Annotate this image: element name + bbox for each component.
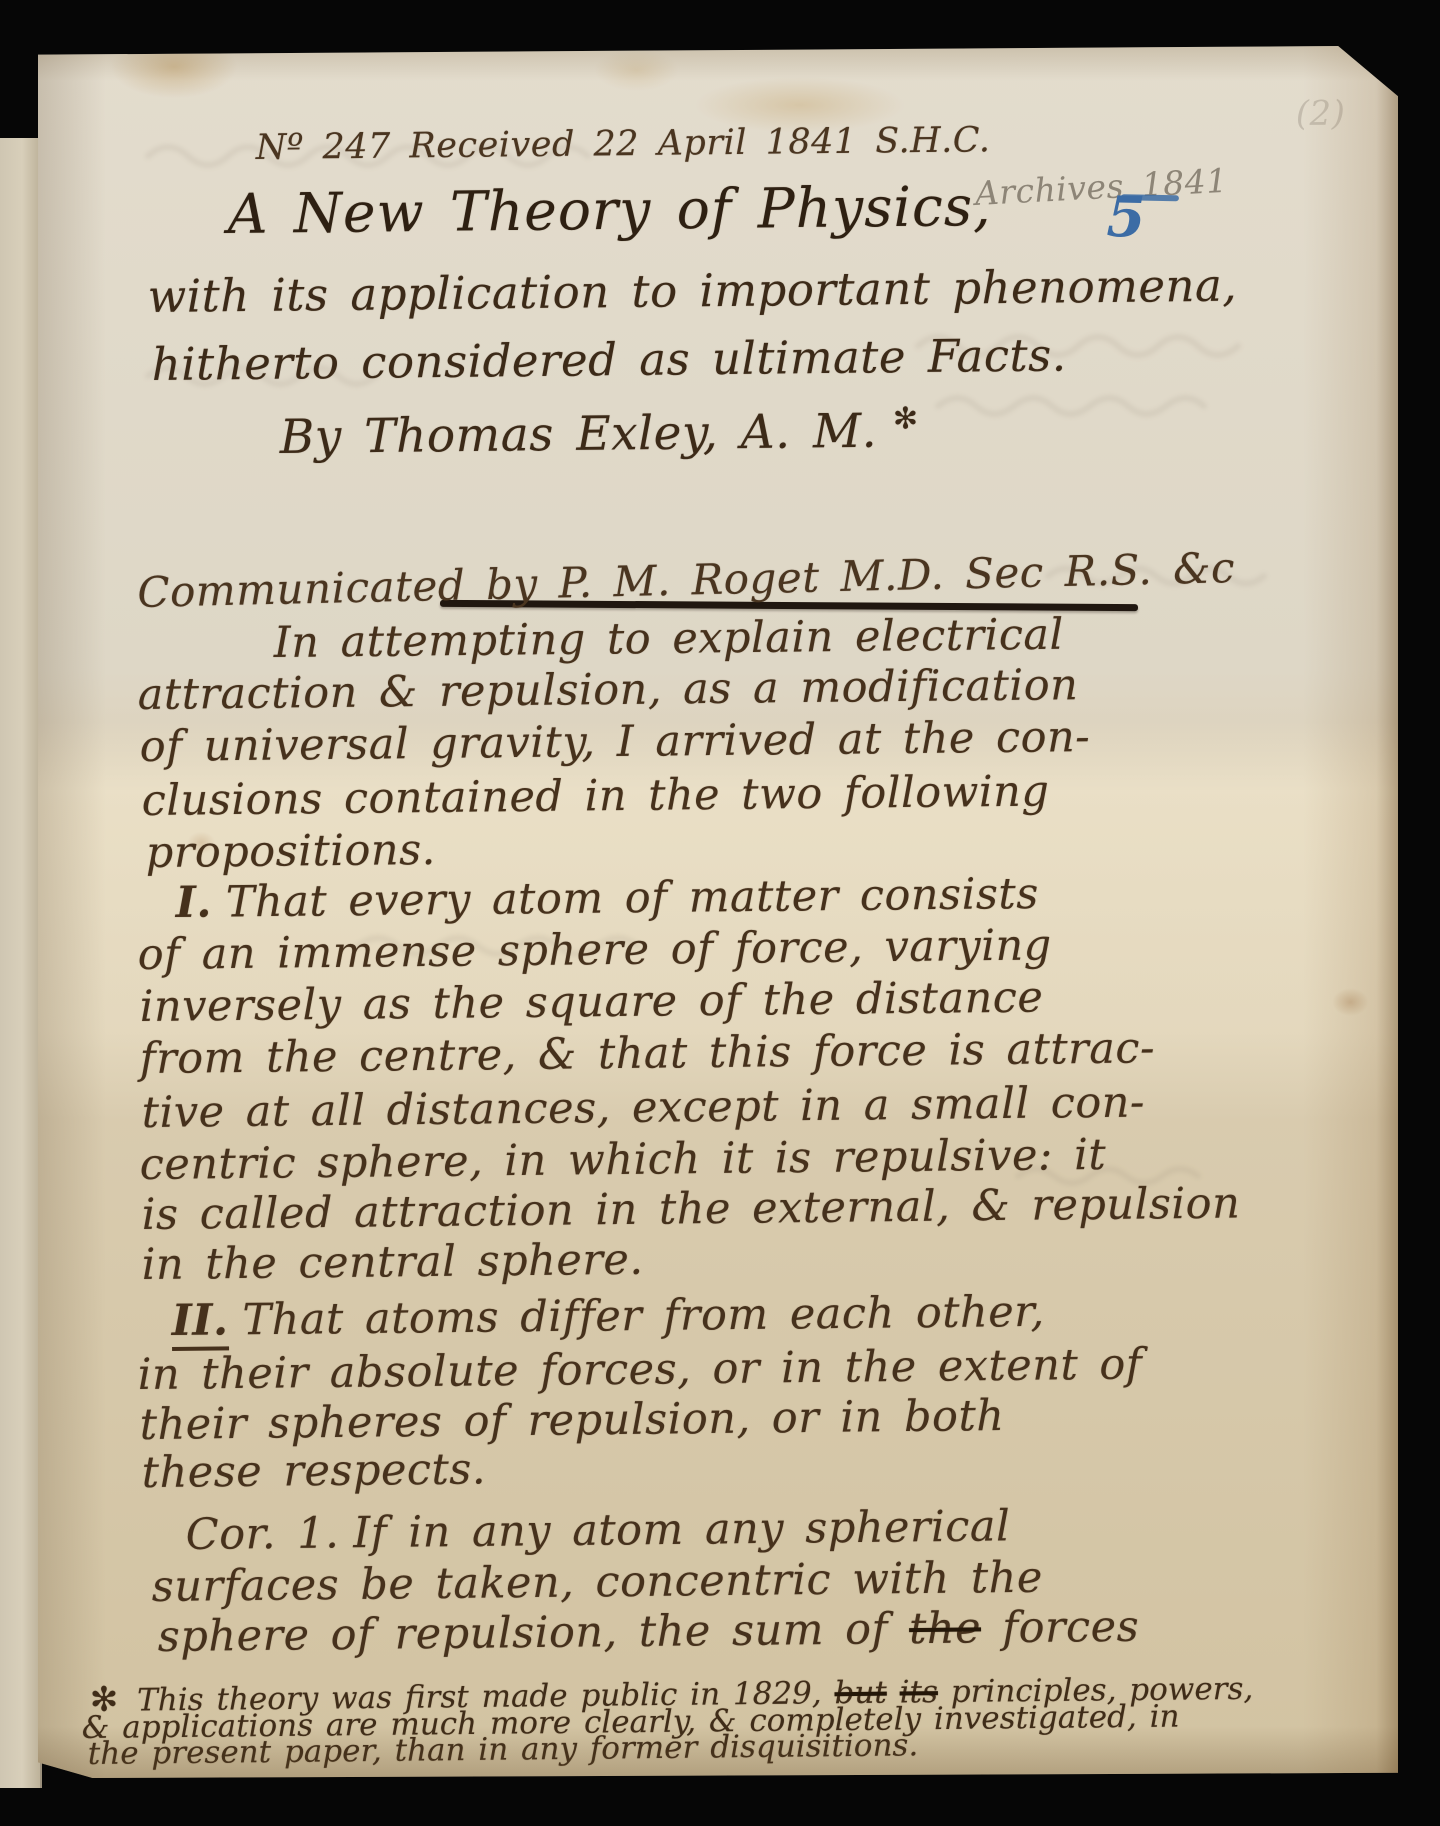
prop2-numeral: II. bbox=[172, 1295, 229, 1351]
prop1-line-4: from the centre, & that this force is at… bbox=[140, 1027, 1156, 1081]
blue-crayon-page-number: 5 bbox=[1106, 184, 1147, 251]
cor1-line-3: sphere of repulsion, the sum of the forc… bbox=[158, 1606, 1140, 1659]
prop1-line-3: inversely as the square of the distance bbox=[140, 977, 1044, 1029]
prop1-line-7: is called attraction in the external, & … bbox=[142, 1182, 1241, 1237]
prop1-numeral: I. bbox=[176, 878, 213, 928]
prop2-line-1: II.That atoms differ from each other, bbox=[172, 1291, 1045, 1343]
cor1-line-3-post: forces bbox=[981, 1602, 1140, 1654]
manuscript-title: A New Theory of Physics, bbox=[227, 174, 991, 246]
prop1-line-5: tive at all distances, except in a small… bbox=[142, 1081, 1146, 1135]
prop1-line-2: of an immense sphere of force, varying bbox=[138, 924, 1052, 977]
corner-page-number: (2) bbox=[1296, 93, 1346, 134]
cor1-line-2: surfaces be taken, concentric with the bbox=[152, 1557, 1043, 1609]
cor1-struck-word: the bbox=[909, 1603, 981, 1654]
footnote-reference-mark: ✻ bbox=[893, 401, 919, 436]
prop2-line-2: in their absolute forces, or in the exte… bbox=[138, 1343, 1143, 1397]
cor1-label: Cor. 1. bbox=[186, 1508, 340, 1560]
prop1-line-8: in the central sphere. bbox=[142, 1239, 644, 1287]
registration-line: Nº 247 Received 22 April 1841 S.H.C. bbox=[256, 120, 991, 168]
manuscript-photo: Nº 247 Received 22 April 1841 S.H.C. Arc… bbox=[0, 0, 1440, 1826]
cor1-line-1: Cor. 1.If in any atom any spherical bbox=[186, 1505, 1011, 1557]
intro-line-2: attraction & repulsion, as a modificatio… bbox=[138, 664, 1079, 717]
prop2-line-4: these respects. bbox=[142, 1448, 487, 1495]
byline-text: By Thomas Exley, A. M. bbox=[279, 404, 877, 465]
manuscript-page: Nº 247 Received 22 April 1841 S.H.C. Arc… bbox=[38, 46, 1398, 1778]
under-page-edge bbox=[0, 138, 42, 1788]
prop1-line-6: centric sphere, in which it is repulsive… bbox=[140, 1134, 1107, 1187]
prop2-line-1-text: That atoms differ from each other, bbox=[242, 1287, 1045, 1345]
intro-line-5: propositions. bbox=[146, 829, 436, 875]
prop1-line-1: I.That every atom of matter consists bbox=[176, 873, 1039, 925]
intro-line-3: of universal gravity, I arrived at the c… bbox=[140, 716, 1091, 769]
manuscript-subtitle-2: hitherto considered as ultimate Facts. bbox=[151, 328, 1066, 391]
cor1-line-1-text: If in any atom any spherical bbox=[353, 1501, 1011, 1558]
byline: By Thomas Exley, A. M.✻ bbox=[279, 401, 919, 465]
prop2-line-3: their spheres of repulsion, or in both bbox=[140, 1395, 1005, 1447]
cor1-line-3-pre: sphere of repulsion, the sum of bbox=[158, 1604, 910, 1662]
intro-line-4: clusions contained in the two following bbox=[142, 770, 1050, 823]
prop1-line-1-text: That every atom of matter consists bbox=[226, 869, 1039, 928]
intro-line-1: In attempting to explain electrical bbox=[274, 614, 1064, 665]
